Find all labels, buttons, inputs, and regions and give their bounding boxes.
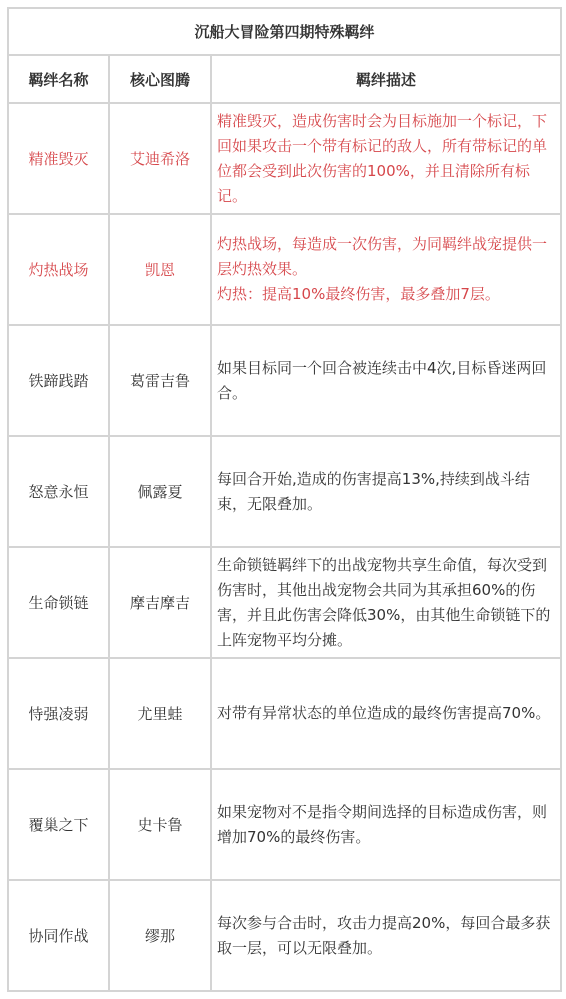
table-row: 生命锁链 摩吉摩吉 生命锁链羁绊下的出战宠物共享生命值，每次受到伤害时，其他出战… [8,547,561,658]
bond-description: 每次参与合击时，攻击力提高20%，每回合最多获取一层，可以无限叠加。 [211,880,561,991]
bond-name: 协同作战 [8,880,109,991]
table-row: 精准毁灭 艾迪希洛 精准毁灭，造成伤害时会为目标施加一个标记，下回如果攻击一个带… [8,103,561,214]
description-line: 生命锁链羁绊下的出战宠物共享生命值，每次受到伤害时，其他出战宠物会共同为其承担6… [217,553,556,653]
table-row: 恃强凌弱 尤里蛙 对带有异常状态的单位造成的最终伤害提高70%。 [8,658,561,769]
description-line: 对带有异常状态的单位造成的最终伤害提高70%。 [217,701,556,726]
bond-description: 灼热战场，每造成一次伤害，为同羁绊战宠提供一层灼热效果。 灼热：提高10%最终伤… [211,214,561,325]
bond-name: 灼热战场 [8,214,109,325]
bond-description: 生命锁链羁绊下的出战宠物共享生命值，每次受到伤害时，其他出战宠物会共同为其承担6… [211,547,561,658]
core-totem: 缪那 [109,880,211,991]
header-row: 羁绊名称 核心图腾 羁绊描述 [8,55,561,103]
table-row: 灼热战场 凯恩 灼热战场，每造成一次伤害，为同羁绊战宠提供一层灼热效果。 灼热：… [8,214,561,325]
bond-name: 覆巢之下 [8,769,109,880]
bond-name: 铁蹄践踏 [8,325,109,436]
core-totem: 摩吉摩吉 [109,547,211,658]
bond-description: 精准毁灭，造成伤害时会为目标施加一个标记，下回如果攻击一个带有标记的敌人，所有带… [211,103,561,214]
core-totem: 艾迪希洛 [109,103,211,214]
description-line: 如果目标同一个回合被连续击中4次,目标昏迷两回合。 [217,356,556,406]
description-line: 每回合开始,造成的伤害提高13%,持续到战斗结束，无限叠加。 [217,467,556,517]
core-totem: 佩露夏 [109,436,211,547]
table-title: 沉船大冒险第四期特殊羁绊 [8,8,561,55]
bond-name: 恃强凌弱 [8,658,109,769]
header-bond-description: 羁绊描述 [211,55,561,103]
bond-name: 生命锁链 [8,547,109,658]
description-line: 灼热战场，每造成一次伤害，为同羁绊战宠提供一层灼热效果。 [217,232,556,282]
core-totem: 史卡鲁 [109,769,211,880]
table-row: 铁蹄践踏 葛雷吉鲁 如果目标同一个回合被连续击中4次,目标昏迷两回合。 [8,325,561,436]
bond-name: 怒意永恒 [8,436,109,547]
header-core-totem: 核心图腾 [109,55,211,103]
bond-name: 精准毁灭 [8,103,109,214]
table-row: 怒意永恒 佩露夏 每回合开始,造成的伤害提高13%,持续到战斗结束，无限叠加。 [8,436,561,547]
title-row: 沉船大冒险第四期特殊羁绊 [8,8,561,55]
bond-description: 如果目标同一个回合被连续击中4次,目标昏迷两回合。 [211,325,561,436]
description-line: 灼热：提高10%最终伤害，最多叠加7层。 [217,282,556,307]
bond-description: 每回合开始,造成的伤害提高13%,持续到战斗结束，无限叠加。 [211,436,561,547]
description-line: 如果宠物对不是指令期间选择的目标造成伤害，则增加70%的最终伤害。 [217,800,556,850]
core-totem: 葛雷吉鲁 [109,325,211,436]
bond-description: 对带有异常状态的单位造成的最终伤害提高70%。 [211,658,561,769]
description-line: 每次参与合击时，攻击力提高20%，每回合最多获取一层，可以无限叠加。 [217,911,556,961]
bond-table: 沉船大冒险第四期特殊羁绊 羁绊名称 核心图腾 羁绊描述 精准毁灭 艾迪希洛 精准… [7,7,562,992]
core-totem: 凯恩 [109,214,211,325]
table-row: 协同作战 缪那 每次参与合击时，攻击力提高20%，每回合最多获取一层，可以无限叠… [8,880,561,991]
core-totem: 尤里蛙 [109,658,211,769]
bond-description: 如果宠物对不是指令期间选择的目标造成伤害，则增加70%的最终伤害。 [211,769,561,880]
description-line: 精准毁灭，造成伤害时会为目标施加一个标记，下回如果攻击一个带有标记的敌人，所有带… [217,109,556,209]
header-bond-name: 羁绊名称 [8,55,109,103]
table-row: 覆巢之下 史卡鲁 如果宠物对不是指令期间选择的目标造成伤害，则增加70%的最终伤… [8,769,561,880]
